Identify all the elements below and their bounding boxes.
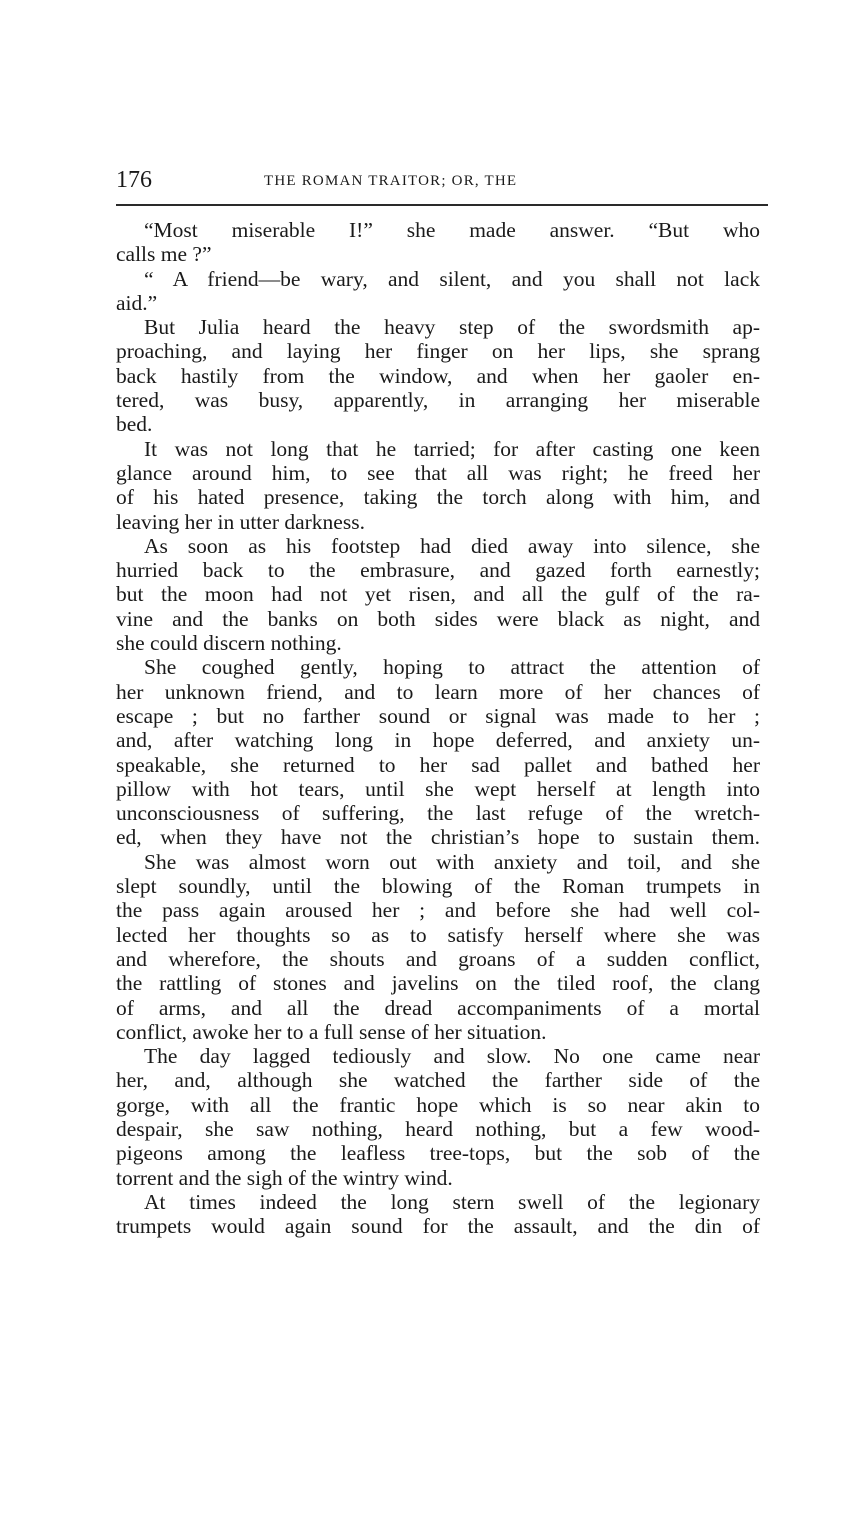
text-line: pillow with hot tears, until she wept he… xyxy=(116,777,760,801)
text-line: vine and the banks on both sides were bl… xyxy=(116,607,760,631)
text-line: but the moon had not yet risen, and all … xyxy=(116,582,760,606)
text-line: “Most miserable I!” she made answer. “Bu… xyxy=(116,218,760,242)
text-line: aid.” xyxy=(116,291,760,315)
text-line: of arms, and all the dread accompaniment… xyxy=(116,996,760,1020)
text-line: her, and, although she watched the farth… xyxy=(116,1068,760,1092)
text-line: ed, when they have not the christian’s h… xyxy=(116,825,760,849)
text-line: The day lagged tediously and slow. No on… xyxy=(116,1044,760,1068)
text-line: the rattling of stones and javelins on t… xyxy=(116,971,760,995)
text-line: of his hated presence, taking the torch … xyxy=(116,485,760,509)
text-line: lected her thoughts so as to satisfy her… xyxy=(116,923,760,947)
text-line: conflict, awoke her to a full sense of h… xyxy=(116,1020,760,1044)
text-line: At times indeed the long stern swell of … xyxy=(116,1190,760,1214)
page-header: 176 THE ROMAN TRAITOR; OR, THE xyxy=(116,166,760,194)
book-page: 176 THE ROMAN TRAITOR; OR, THE “Most mis… xyxy=(116,166,760,194)
text-line: bed. xyxy=(116,412,760,436)
running-head: THE ROMAN TRAITOR; OR, THE xyxy=(264,170,517,192)
text-line: proaching, and laying her finger on her … xyxy=(116,339,760,363)
text-line: her unknown friend, and to learn more of… xyxy=(116,680,760,704)
text-line: escape ; but no farther sound or signal … xyxy=(116,704,760,728)
text-line: back hastily from the window, and when h… xyxy=(116,364,760,388)
text-line: she could discern nothing. xyxy=(116,631,760,655)
page-number: 176 xyxy=(116,166,152,194)
text-line: As soon as his footstep had died away in… xyxy=(116,534,760,558)
text-line: gorge, with all the frantic hope which i… xyxy=(116,1093,760,1117)
text-line: the pass again aroused her ; and before … xyxy=(116,898,760,922)
text-line: trumpets would again sound for the assau… xyxy=(116,1214,760,1238)
text-line: despair, she saw nothing, heard nothing,… xyxy=(116,1117,760,1141)
text-line: But Julia heard the heavy step of the sw… xyxy=(116,315,760,339)
text-line: calls me ?” xyxy=(116,242,760,266)
text-line: tered, was busy, apparently, in arrangin… xyxy=(116,388,760,412)
text-line: torrent and the sigh of the wintry wind. xyxy=(116,1166,760,1190)
text-line: and, after watching long in hope deferre… xyxy=(116,728,760,752)
text-line: and wherefore, the shouts and groans of … xyxy=(116,947,760,971)
header-rule xyxy=(116,204,768,206)
text-line: She was almost worn out with anxiety and… xyxy=(116,850,760,874)
text-line: leaving her in utter darkness. xyxy=(116,510,760,534)
text-line: glance around him, to see that all was r… xyxy=(116,461,760,485)
text-line: unconsciousness of suffering, the last r… xyxy=(116,801,760,825)
text-line: pigeons among the leafless tree-tops, bu… xyxy=(116,1141,760,1165)
text-line: She coughed gently, hoping to attract th… xyxy=(116,655,760,679)
text-line: It was not long that he tarried; for aft… xyxy=(116,437,760,461)
text-line: speakable, she returned to her sad palle… xyxy=(116,753,760,777)
text-line: slept soundly, until the blowing of the … xyxy=(116,874,760,898)
text-line: “ A friend—be wary, and silent, and you … xyxy=(116,267,760,291)
text-line: hurried back to the embrasure, and gazed… xyxy=(116,558,760,582)
body-text: “Most miserable I!” she made answer. “Bu… xyxy=(116,218,760,1238)
